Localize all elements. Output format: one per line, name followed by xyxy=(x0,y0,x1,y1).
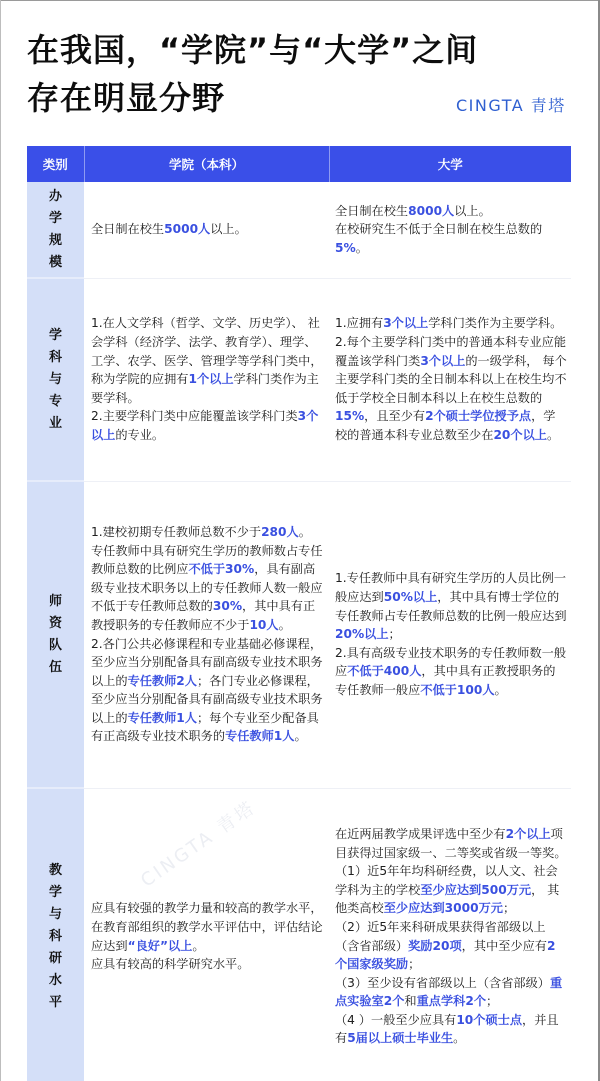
frame-left-border xyxy=(0,0,1,1081)
category-char: 与 xyxy=(27,904,84,926)
highlight-text: 专任教师1人 xyxy=(128,711,197,725)
table-row: 学科与专业 1.在人文学科（哲学、文学、历史学）、 社会学科（经济学、法学、教育… xyxy=(27,278,571,481)
highlight-text: 280人 xyxy=(261,525,299,539)
body-text: ； xyxy=(503,901,515,915)
category-char: 学 xyxy=(27,325,84,347)
body-text: 在校研究生不低于全日制在校生总数的 xyxy=(335,222,542,236)
highlight-text: 奖励20项 xyxy=(408,939,462,953)
cell-paragraph: 2.具有高级专业技术职务的专任教师数一般应不低于400人，其中具有正教授职务的专… xyxy=(335,644,567,700)
highlight-text: 20个以上 xyxy=(493,428,547,442)
cell-paragraph: 2.主要学科门类中应能覆盖该学科门类3个以上的专业。 xyxy=(91,407,323,444)
body-text: 应具有较强的教学力量和较高的教学水平，在教育部组织的教学水平评估中，评估结论应达… xyxy=(91,901,323,952)
cell-paragraph: 应具有较强的教学力量和较高的教学水平，在教育部组织的教学水平评估中，评估结论应达… xyxy=(91,899,323,955)
body-text: 应具有较高的科学研究水平。 xyxy=(91,957,249,971)
body-text: 以上。 xyxy=(454,204,491,218)
cell-paragraph: 应具有较高的科学研究水平。 xyxy=(91,955,323,974)
category-char: 教 xyxy=(27,860,84,882)
column-header-category: 类别 xyxy=(27,146,84,182)
highlight-text: 20%以上 xyxy=(335,627,389,641)
cell-paragraph: （2）近5年来科研成果获得省部级以上（含省部级）奖励20项，其中至少应有2个国家… xyxy=(335,918,567,974)
body-text: 全日制在校生 xyxy=(335,204,408,218)
college-cell: 1.建校初期专任教师总数不少于280人。专任教师中具有研究生学历的教师数占专任教… xyxy=(84,481,329,788)
category-char: 学 xyxy=(27,208,84,230)
body-text: 以上。 xyxy=(210,222,247,236)
highlight-text: 2个以上 xyxy=(506,827,551,841)
highlight-text: 不低于100人 xyxy=(420,683,494,697)
highlight-text: 不低于400人 xyxy=(347,664,421,678)
highlight-text: 至少应达到3000万元 xyxy=(384,901,503,915)
highlight-text: 重点学科2个 xyxy=(417,994,486,1008)
category-char: 规 xyxy=(27,230,84,252)
category-char: 师 xyxy=(27,591,84,613)
highlight-text: 10人 xyxy=(249,618,278,632)
highlight-text: 30% xyxy=(213,599,242,613)
title-line-1: 在我国，“学院”与“大学”之间 xyxy=(27,26,547,74)
university-cell: 在近两届教学成果评选中至少有2个以上项目获得过国家级一、二等奖或省级一等奖。（1… xyxy=(329,788,571,1081)
cell-paragraph: 全日制在校生8000人以上。 xyxy=(335,202,567,221)
table-row: 办学规模 全日制在校生5000人以上。 全日制在校生8000人以上。在校研究生不… xyxy=(27,182,571,278)
table-header-row: 类别 学院（本科） 大学 xyxy=(27,146,571,182)
body-text: 学科门类作为主要学科。 xyxy=(428,316,562,330)
category-char: 专 xyxy=(27,391,84,413)
body-text: 和 xyxy=(404,994,416,1008)
cell-paragraph: 在校研究生不低于全日制在校生总数的5%。 xyxy=(335,220,567,257)
highlight-text: 50%以上 xyxy=(384,590,438,604)
cell-paragraph: 全日制在校生5000人以上。 xyxy=(91,220,323,239)
highlight-text: 15% xyxy=(335,409,364,423)
category-char: 研 xyxy=(27,948,84,970)
highlight-text: 不低于30% xyxy=(189,562,255,576)
highlight-text: “良好”以上 xyxy=(128,939,193,953)
category-char: 平 xyxy=(27,992,84,1014)
university-cell: 全日制在校生8000人以上。在校研究生不低于全日制在校生总数的5%。 xyxy=(329,182,571,278)
category-char: 与 xyxy=(27,369,84,391)
table-row: 师资队伍 1.建校初期专任教师总数不少于280人。专任教师中具有研究生学历的教师… xyxy=(27,481,571,788)
category-char: 水 xyxy=(27,970,84,992)
highlight-text: 5届以上硕士毕业生 xyxy=(347,1031,453,1045)
category-char: 伍 xyxy=(27,657,84,679)
body-text: 全日制在校生 xyxy=(91,222,164,236)
body-text: 。 xyxy=(547,428,559,442)
body-text: 1.建校初期专任教师总数不少于 xyxy=(91,525,261,539)
body-text: 在近两届教学成果评选中至少有 xyxy=(335,827,506,841)
highlight-text: 8000人 xyxy=(408,204,454,218)
cell-paragraph: 2.各门公共必修课程和专业基础必修课程，至少应当分别配备具有副高级专业技术职务以… xyxy=(91,635,323,747)
category-cell: 学科与专业 xyxy=(27,278,84,481)
cell-paragraph: 1.在人文学科（哲学、文学、历史学）、 社会学科（经济学、法学、教育学）、理学、… xyxy=(91,314,323,407)
highlight-text: 3个以上 xyxy=(420,354,465,368)
body-text: （3）至少设有省部级以上（含省部级） xyxy=(335,976,550,990)
body-text: 2.主要学科门类中应能覆盖该学科门类 xyxy=(91,409,298,423)
comparison-table: 类别 学院（本科） 大学 办学规模 全日制在校生5000人以上。 全日制在校生8… xyxy=(27,146,571,1081)
body-text: 。 xyxy=(294,729,306,743)
body-text: ； xyxy=(486,994,498,1008)
category-char: 科 xyxy=(27,926,84,948)
category-cell: 教学与科研水平 xyxy=(27,788,84,1081)
body-text: 。 xyxy=(279,618,291,632)
category-cell: 师资队伍 xyxy=(27,481,84,788)
body-text: 。 xyxy=(356,241,368,255)
cell-paragraph: 2.每个主要学科门类中的普通本科专业应能覆盖该学科门类3个以上的一级学科， 每个… xyxy=(335,333,567,445)
column-header-college: 学院（本科） xyxy=(84,146,329,182)
table-row: 教学与科研水平 应具有较强的教学力量和较高的教学水平，在教育部组织的教学水平评估… xyxy=(27,788,571,1081)
body-text: ； xyxy=(408,957,420,971)
highlight-text: 1个以上 xyxy=(189,372,234,386)
cell-paragraph: （3）至少设有省部级以上（含省部级）重点实验室2个和重点学科2个； xyxy=(335,974,567,1011)
body-text: ； xyxy=(389,627,401,641)
college-cell: 全日制在校生5000人以上。 xyxy=(84,182,329,278)
highlight-text: 专任教师2人 xyxy=(128,674,197,688)
highlight-text: 10个硕士点 xyxy=(456,1013,522,1027)
column-header-university: 大学 xyxy=(329,146,571,182)
university-cell: 1.专任教师中具有研究生学历的人员比例一般应达到50%以上，其中具有博士学位的专… xyxy=(329,481,571,788)
cell-paragraph: 1.应拥有3个以上学科门类作为主要学科。 xyxy=(335,314,567,333)
category-cell: 办学规模 xyxy=(27,182,84,278)
cell-paragraph: 1.建校初期专任教师总数不少于280人。专任教师中具有研究生学历的教师数占专任教… xyxy=(91,523,323,635)
highlight-text: 2个硕士学位授予点 xyxy=(425,409,531,423)
highlight-text: 5% xyxy=(335,241,356,255)
category-char: 队 xyxy=(27,635,84,657)
highlight-text: 3个以上 xyxy=(383,316,428,330)
college-cell: 1.在人文学科（哲学、文学、历史学）、 社会学科（经济学、法学、教育学）、理学、… xyxy=(84,278,329,481)
cell-paragraph: 在近两届教学成果评选中至少有2个以上项目获得过国家级一、二等奖或省级一等奖。 xyxy=(335,825,567,862)
college-cell: 应具有较强的教学力量和较高的教学水平，在教育部组织的教学水平评估中，评估结论应达… xyxy=(84,788,329,1081)
highlight-text: 专任教师1人 xyxy=(225,729,294,743)
cell-paragraph: （4 ）一般至少应具有10个硕士点，并且有5届以上硕士毕业生。 xyxy=(335,1011,567,1048)
category-char: 科 xyxy=(27,347,84,369)
body-text: ，且至少有 xyxy=(364,409,425,423)
frame-top-border xyxy=(0,0,600,1)
university-cell: 1.应拥有3个以上学科门类作为主要学科。2.每个主要学科门类中的普通本科专业应能… xyxy=(329,278,571,481)
body-text: 的专业。 xyxy=(115,428,164,442)
category-char: 办 xyxy=(27,186,84,208)
body-text: 。 xyxy=(495,683,507,697)
body-text: ，其中至少应有 xyxy=(462,939,547,953)
body-text: 。 xyxy=(192,939,204,953)
cell-paragraph: 1.专任教师中具有研究生学历的人员比例一般应达到50%以上，其中具有博士学位的专… xyxy=(335,569,567,643)
category-char: 模 xyxy=(27,252,84,274)
highlight-text: 至少应达到500万元 xyxy=(420,883,531,897)
highlight-text: 5000人 xyxy=(164,222,210,236)
body-text: （4 ）一般至少应具有 xyxy=(335,1013,456,1027)
category-char: 资 xyxy=(27,613,84,635)
body-text: 1.应拥有 xyxy=(335,316,383,330)
cell-paragraph: （1）近5年年均科研经费，以人文、社会学科为主的学校至少应达到500万元， 其他… xyxy=(335,862,567,918)
category-char: 学 xyxy=(27,882,84,904)
body-text: 。 xyxy=(453,1031,465,1045)
brand-logo: CINGTA 青塔 xyxy=(456,93,566,116)
category-char: 业 xyxy=(27,413,84,435)
